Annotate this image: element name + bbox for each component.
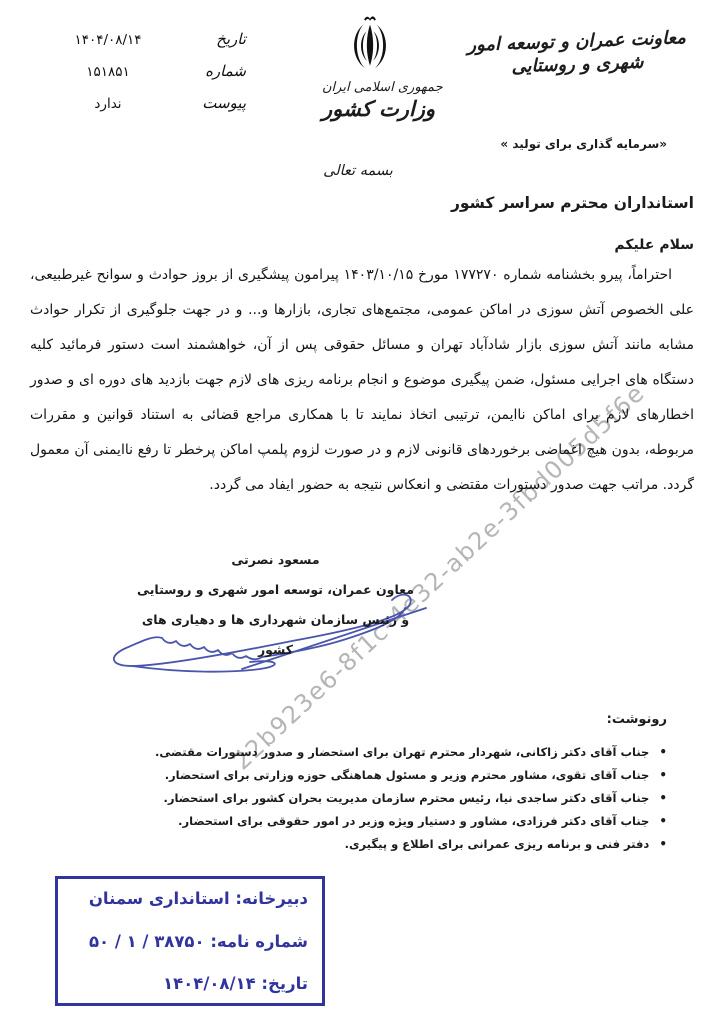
- cc-item: • جناب آقای دکتر فرزادی، مشاور و دستیار …: [107, 814, 667, 828]
- cc-item-text: جناب آقای دکتر زاکانی، شهردار محترم تهرا…: [155, 745, 649, 759]
- meta-number-row: شماره ۱۵۱۸۵۱: [28, 62, 246, 80]
- date-label: تاریخ: [188, 30, 246, 48]
- slogan: «سرمایه گذاری برای تولید »: [500, 137, 667, 151]
- bullet-icon: •: [659, 838, 667, 850]
- signer-title-line1: معاون عمران، توسعه امور شهری و روستایی: [128, 575, 423, 605]
- cc-item: • دفتر فنی و برنامه ریزی عمرانی برای اطل…: [107, 837, 667, 851]
- official-letter-page: { "letterhead": { "department_title": "م…: [0, 0, 725, 1024]
- bullet-icon: •: [659, 815, 667, 827]
- besmele: بسمه تعالی: [288, 163, 428, 179]
- stamp-date-value: ۱۴۰۴/۰۸/۱۴: [163, 974, 256, 993]
- signer-title-line2: و رئیس سازمان شهرداری ها و دهیاری های کش…: [128, 605, 423, 665]
- stamp-letter-number: شماره نامه: ۳۸۷۵۰ / ۱ / ۵۰: [72, 932, 308, 951]
- signer-name: مسعود نصرتی: [128, 545, 423, 575]
- republic-title: جمهوری اسلامی ایران: [322, 80, 418, 95]
- meta-date-row: تاریخ ۱۴۰۴/۰۸/۱۴: [28, 30, 246, 48]
- bullet-icon: •: [659, 792, 667, 804]
- cc-item: • جناب آقای دکتر زاکانی، شهردار محترم ته…: [107, 745, 667, 759]
- iran-emblem-icon: [344, 59, 396, 78]
- recipient-heading: استانداران محترم سراسر کشور: [451, 194, 694, 212]
- letter-meta-block: تاریخ ۱۴۰۴/۰۸/۱۴ شماره ۱۵۱۸۵۱ پیوست ندار…: [28, 30, 246, 126]
- stamp-date: تاریخ: ۱۴۰۴/۰۸/۱۴: [72, 974, 308, 993]
- cc-item-text: جناب آقای دکتر ساجدی نیا، رئیس محترم ساز…: [163, 791, 649, 805]
- bullet-icon: •: [659, 746, 667, 758]
- cc-item-text: دفتر فنی و برنامه ریزی عمرانی برای اطلاع…: [345, 837, 650, 851]
- bullet-icon: •: [659, 769, 667, 781]
- stamp-date-label: تاریخ:: [261, 974, 308, 993]
- salutation: سلام علیکم: [614, 237, 694, 253]
- stamp-letter-number-value: ۳۸۷۵۰ / ۱ / ۵۰: [89, 932, 205, 951]
- stamp-secretariat: دبیرخانه: استانداری سمنان: [72, 889, 308, 908]
- cc-heading: رونوشت:: [107, 712, 667, 727]
- cc-item: • جناب آقای تقوی، مشاور محترم وزیر و مسئ…: [107, 768, 667, 782]
- meta-attachment-row: پیوست ندارد: [28, 94, 246, 112]
- cc-item-text: جناب آقای تقوی، مشاور محترم وزیر و مسئول…: [165, 768, 650, 782]
- signature-block: مسعود نصرتی معاون عمران، توسعه امور شهری…: [128, 545, 423, 665]
- cc-section: رونوشت: • جناب آقای دکتر زاکانی، شهردار …: [107, 712, 667, 860]
- letter-body: احتراماً، پیرو بخشنامه شماره ۱۷۷۲۷۰ مورخ…: [30, 258, 694, 503]
- department-title: معاونت عمران و توسعه امور شهری و روستایی: [440, 25, 713, 81]
- cc-item: • جناب آقای دکتر ساجدی نیا، رئیس محترم س…: [107, 791, 667, 805]
- attachment-value: ندارد: [28, 96, 188, 112]
- ministry-title: وزارت کشور: [322, 97, 418, 121]
- number-label: شماره: [188, 62, 246, 80]
- stamp-letter-number-label: شماره نامه:: [210, 932, 308, 951]
- attachment-label: پیوست: [188, 94, 246, 112]
- cc-item-text: جناب آقای دکتر فرزادی، مشاور و دستیار وی…: [178, 814, 649, 828]
- number-value: ۱۵۱۸۵۱: [28, 64, 188, 80]
- letterhead-center: جمهوری اسلامی ایران وزارت کشور: [322, 12, 418, 121]
- date-value: ۱۴۰۴/۰۸/۱۴: [28, 32, 188, 48]
- registry-stamp: دبیرخانه: استانداری سمنان شماره نامه: ۳۸…: [55, 876, 325, 1006]
